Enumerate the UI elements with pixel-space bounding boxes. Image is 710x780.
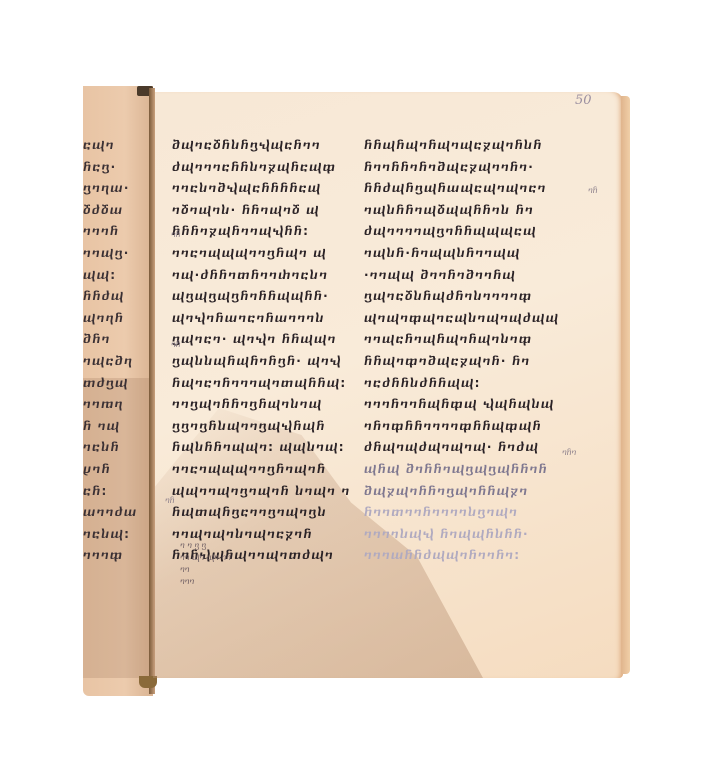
- text-line: ⴛⴓⴈⴈⴈⴈⴓⴂⴈⴌⴌⴓⴓⴓⴀⴓ: [364, 221, 559, 243]
- text-line: ⴈⴈⴀⴈⴓⴓⴓⴈⴈⴂⴌⴓⴈ ⴓ: [172, 243, 351, 265]
- text-line: ⴓⴓ:: [83, 265, 138, 287]
- text-line: ⴍⴈⴈⴛⴍ: [83, 502, 138, 524]
- text-line: ⴈⴓⴀⴋⴄ: [83, 351, 138, 373]
- text-line: ⴈⴈⴂⴓⴈⴌⴌⴈⴂⴌⴓⴈⴑⴈⴓ: [172, 394, 351, 416]
- margin-mark: ⴈⴌ: [588, 186, 598, 195]
- text-line: ⴈⴈⴈⴍⴌⴌⴛⴓⴓⴈⴌⴈⴈⴌⴈ:: [364, 545, 559, 567]
- text-line: ⴌⴓⴑⴌⴌⴈⴓⴓⴈ: ⴓⴓⴑⴈⴓ:: [172, 437, 351, 459]
- folio-number: 50: [575, 93, 592, 108]
- text-line: ⴂⴓⴈⴀⴃⴑⴌⴓⴛⴌⴈⴑⴈⴈⴈⴈⴔ: [364, 286, 559, 308]
- text-line: ·ⴈⴈⴓⴓ ⴋⴈⴈⴌⴈⴋⴈⴈⴌⴓ: [364, 265, 559, 287]
- text-line: ⴓⴈⴏⴈⴌⴍⴈⴀⴈⴌⴍⴈⴈⴈⴑ: [172, 308, 351, 330]
- footnote-line: ⴈ ⴈ ⴂ ⴂ: [180, 540, 231, 552]
- text-line: ⴈⴈⴓⴂ·: [83, 243, 138, 265]
- text-line: ⴌⴌⴌⴈⴟⴓⴌⴈⴈⴓⴏⴌⴌ:: [172, 221, 351, 243]
- text-line: ⴓⴂⴓⴂⴓⴂⴌⴈⴌⴌⴓⴓⴌⴌ·: [172, 286, 351, 308]
- column-a-text: ⴋⴓⴈⴀⴃⴌⴑⴌⴂⴏⴓⴀⴌⴈⴈⴛⴓⴈⴈⴈⴀⴌⴌⴑⴈⴟⴓⴌⴀⴓⴔⴈⴈⴀⴑⴈⴋⴏⴓⴀ…: [172, 135, 351, 567]
- text-line: ⴈⴈⴀⴑⴈⴋⴏⴓⴀⴌⴌⴌⴌⴀⴓ: [172, 178, 351, 200]
- text-line: ⴋⴓⴟⴓⴈⴌⴌⴈⴂⴓⴈⴌⴌⴓⴟⴈ: [364, 481, 559, 503]
- text-line: ⴋⴓⴈⴀⴃⴌⴑⴌⴂⴏⴓⴀⴌⴈⴈ: [172, 135, 351, 157]
- text-line: ⴓⴓⴈⴈⴓⴈⴂⴈⴓⴈⴌ ⴑⴈⴓⴈ ⴈ: [172, 481, 351, 503]
- margin-mark: ⴈⴌ: [165, 496, 175, 505]
- text-line: ⴞⴈⴌ: [83, 459, 138, 481]
- text-line: ⴈⴓⴑⴌ·ⴌⴈⴓⴓⴑⴌⴈⴈⴓⴓ: [364, 243, 559, 265]
- text-line: ⴈⴈⴈⴈⴑⴓⴏ ⴌⴈⴓⴓⴌⴑⴌⴌ·: [364, 524, 559, 546]
- text-line: ⴈⴈⴈⴌⴈⴈⴌⴓⴌⴔⴓ ⴏⴓⴌⴓⴑⴓ: [364, 394, 559, 416]
- footnote-line: ⴈⴈ ⴓⴈ ⴓⴈ ⴈⴈ: [180, 552, 231, 564]
- text-line: ⴌⴌⴛⴓ: [83, 286, 138, 308]
- text-line: ⴈⴈⴀⴈⴓⴓⴓⴈⴈⴂⴌⴈⴓⴈⴌ: [172, 459, 351, 481]
- text-line: ⴓⴈⴄⴌ: [83, 308, 138, 330]
- text-line: ⴈⴓ·ⴛⴌⴌⴈⴇⴌⴈⴈⴐⴈⴀⴑⴈ: [172, 265, 351, 287]
- text-line: ⴛⴓⴈⴈⴈⴀⴌⴌⴑⴈⴟⴓⴌⴀⴓⴔ: [172, 157, 351, 179]
- column-b-text: ⴌⴌⴓⴌⴓⴈⴌⴓⴈⴓⴀⴟⴓⴈⴌⴑⴌⴌⴈⴈⴌⴌⴈⴌⴈⴋⴓⴀⴟⴓⴈⴈⴌⴈ·ⴌⴌⴛⴓⴌ…: [364, 135, 559, 567]
- text-line: ⴌ ⴈⴓ: [83, 416, 138, 438]
- footnote-line: ⴈⴈⴈ: [180, 576, 231, 588]
- text-line: ⴈⴃⴈⴓⴈⴑ· ⴌⴌⴈⴓⴈⴃ ⴓ: [172, 200, 351, 222]
- text-line: ⴈⴈⴈⴌ: [83, 221, 138, 243]
- text-line: ⴓⴌⴓ ⴋⴈⴌⴌⴈⴓⴂⴓⴂⴓⴌⴌⴈⴌ: [364, 459, 559, 481]
- text-line: ⴂⴓⴈⴀⴈ· ⴓⴈⴏⴈ ⴌⴌⴓⴓⴈ: [172, 329, 351, 351]
- margin-mark: ⴈⴌⴈ: [562, 448, 576, 457]
- text-line: ⴂⴂⴈⴂⴌⴑⴓⴈⴈⴂⴓⴏⴌⴓⴌ: [172, 416, 351, 438]
- text-line: ⴈⴈⴓⴀⴌⴈⴓⴌⴓⴈⴌⴓⴈⴑⴈⴔ: [364, 329, 559, 351]
- text-line: ⴌⴓⴇⴓⴌⴂⴀⴈⴈⴂⴈⴓⴈⴂⴑ: [172, 502, 351, 524]
- text-line: ⴈⴀⴛⴌⴌⴑⴛⴌⴌⴓⴓ:: [364, 373, 559, 395]
- text-line: ⴋⴌⴈ: [83, 329, 138, 351]
- text-line: ⴀⴌ:: [83, 481, 138, 503]
- text-line: ⴌⴌⴛⴓⴌⴂⴓⴌⴍⴓⴀⴓⴈⴓⴈⴀⴈ: [364, 178, 559, 200]
- text-line: ⴃⴛⴃⴍ: [83, 200, 138, 222]
- text-line: ⴌⴈⴈⴌⴌⴈⴌⴈⴋⴓⴀⴟⴓⴈⴈⴌⴈ·: [364, 157, 559, 179]
- text-line: ⴌⴀⴂ·: [83, 157, 138, 179]
- text-line: ⴌⴌⴓⴈⴔⴈⴋⴓⴀⴟⴓⴈⴌ· ⴌⴈ: [364, 351, 559, 373]
- text-line: ⴂⴓⴑⴑⴓⴌⴓⴌⴈⴌⴂⴌ· ⴓⴈⴏ: [172, 351, 351, 373]
- text-line: ⴀⴓⴈ: [83, 135, 138, 157]
- text-line: ⴇⴛⴂⴓ: [83, 373, 138, 395]
- left-page-text: ⴀⴓⴈⴌⴀⴂ·ⴂⴈⴄⴍ·ⴃⴛⴃⴍⴈⴈⴈⴌⴈⴈⴓⴂ·ⴓⴓ:ⴌⴌⴛⴓⴓⴈⴄⴌⴋⴌⴈⴈ…: [83, 135, 138, 567]
- footnote-line: ⴈⴈ: [180, 564, 231, 576]
- text-line: ⴌⴈⴈⴇⴈⴈⴌⴈⴈⴈⴈⴑⴂⴈⴓⴈ: [364, 502, 559, 524]
- text-line: ⴈⴌⴈⴔⴌⴌⴈⴈⴈⴈⴔⴌⴌⴓⴔⴓⴌ: [364, 416, 559, 438]
- text-line: ⴈⴀⴑⴓ:: [83, 524, 138, 546]
- text-line: ⴓⴈⴓⴈⴔⴓⴈⴀⴓⴑⴈⴓⴈⴓⴛⴓⴓ: [364, 308, 559, 330]
- page-edge: [621, 96, 630, 674]
- footnote-marks: ⴈ ⴈ ⴂ ⴂ ⴈⴈ ⴓⴈ ⴓⴈ ⴈⴈ ⴈⴈ ⴈⴈⴈ: [180, 540, 231, 588]
- margin-mark: ⴈⴌ: [171, 230, 181, 239]
- text-line: ⴈⴈⴈⴔ: [83, 545, 138, 567]
- margin-mark: ⴈⴌ: [171, 340, 181, 349]
- text-line: ⴈⴈⴊⴄ: [83, 394, 138, 416]
- text-line: ⴈⴓⴑⴌⴌⴈⴓⴃⴓⴓⴌⴌⴈⴑ ⴌⴈ: [364, 200, 559, 222]
- text-line: ⴂⴈⴄⴍ·: [83, 178, 138, 200]
- text-line: ⴌⴌⴓⴌⴓⴈⴌⴓⴈⴓⴀⴟⴓⴈⴌⴑⴌ: [364, 135, 559, 157]
- text-line: ⴈⴀⴑⴌ: [83, 437, 138, 459]
- text-line: ⴌⴓⴈⴀⴈⴌⴈⴈⴈⴓⴈⴇⴓⴌⴌⴓ:: [172, 373, 351, 395]
- text-line: ⴛⴌⴓⴈⴓⴛⴓⴈⴓⴈⴓ· ⴌⴈⴛⴓ: [364, 437, 559, 459]
